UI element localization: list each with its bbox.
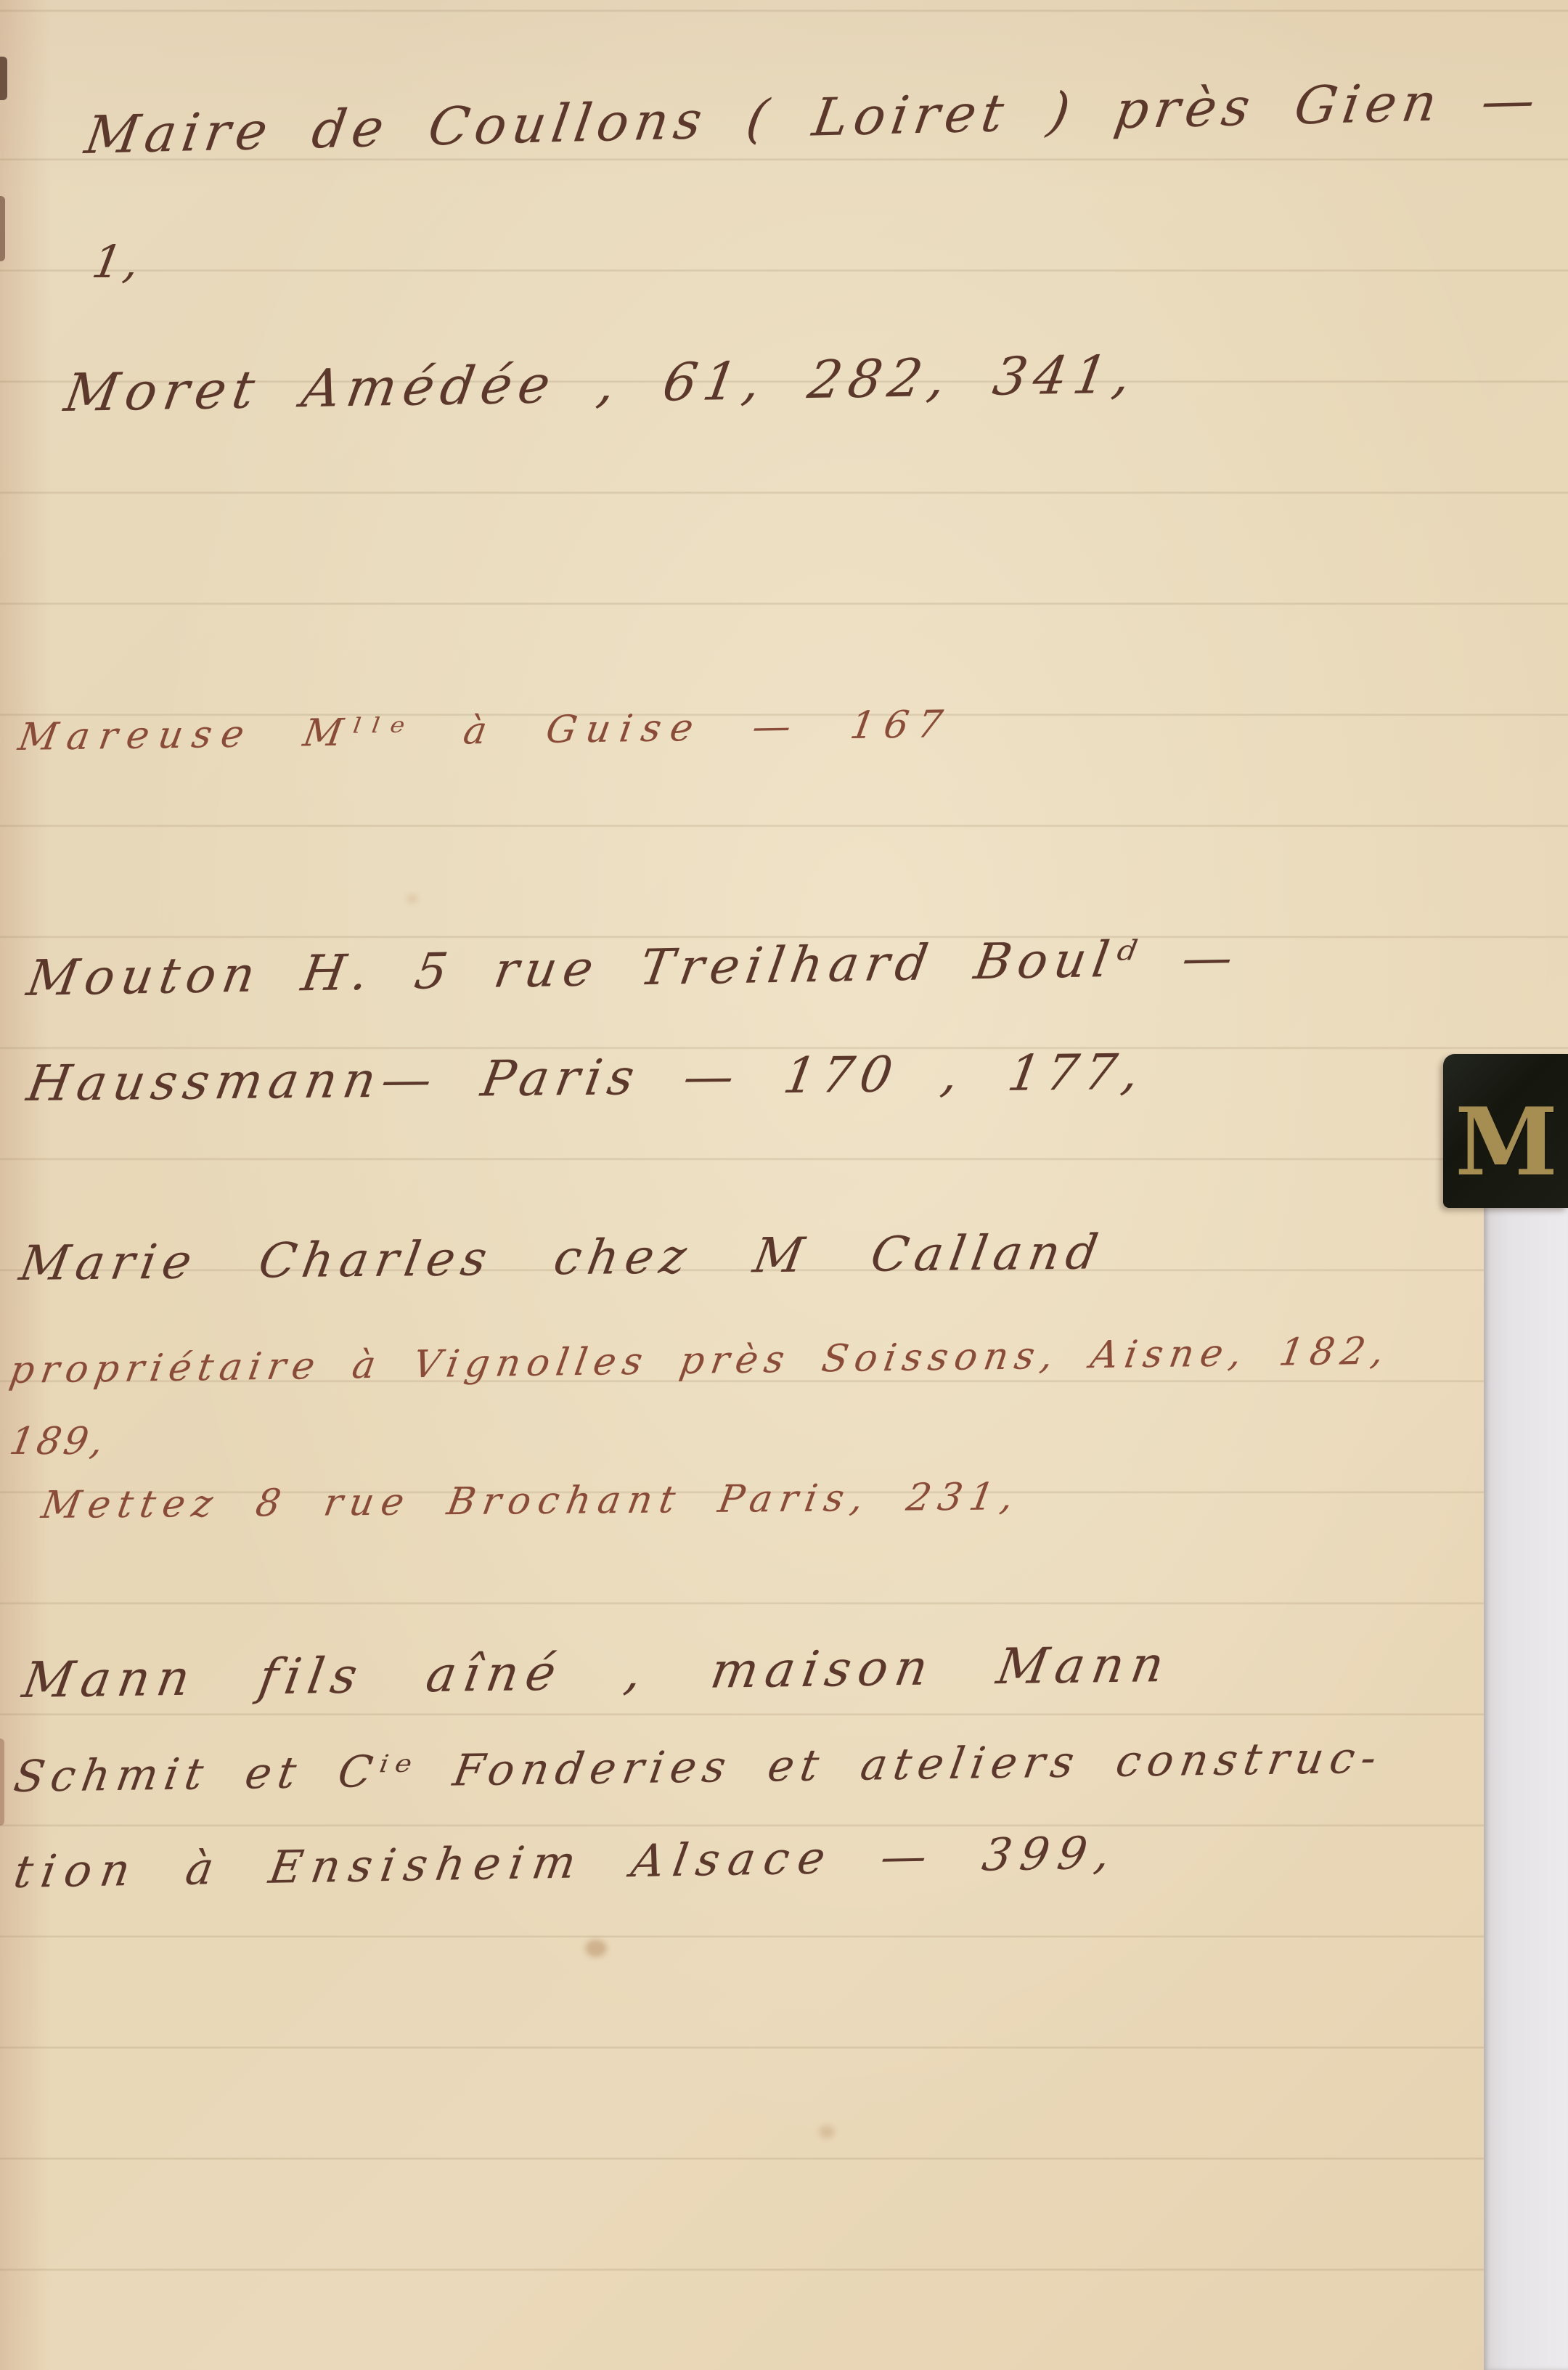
entry-line: Mouton H. 5 rue Treilhard Boulᵈ —: [24, 933, 1243, 1004]
entry-line: Mareuse Mˡˡᵉ à Guise — 167: [16, 706, 955, 756]
entry-line: 1,: [89, 240, 146, 285]
tab-letter: M: [1455, 1096, 1558, 1189]
entry-line: Marie Charles chez M Calland: [17, 1228, 1108, 1288]
entry-line: Mann fils aîné , maison Mann: [19, 1640, 1174, 1706]
next-page-edge: [1484, 1205, 1568, 2370]
page-edge-ink-mark: [0, 57, 7, 100]
entry-line: Mettez 8 rue Brochant Paris, 231,: [39, 1478, 1024, 1524]
foxing-spot: [407, 894, 418, 903]
entry-line: tion à Ensisheim Alsace — 399,: [11, 1831, 1122, 1895]
index-tab-m: M: [1443, 1054, 1568, 1208]
notebook-page: Maire de Coullons ( Loiret ) près Gien —…: [0, 0, 1568, 2370]
entry-line: Schmit et Cⁱᵉ Fonderies et ateliers cons…: [11, 1736, 1386, 1799]
entry-line: 189,: [7, 1423, 109, 1460]
page-edge-ink-mark: [0, 196, 5, 261]
entry-line: Haussmann— Paris — 170 , 177,: [23, 1048, 1148, 1109]
entry-line: Moret Amédée , 61, 282, 341,: [61, 348, 1140, 419]
foxing-spot: [819, 2125, 835, 2138]
page-edge-ink-mark: [0, 1738, 4, 1826]
entry-line: propriétaire à Vignolles près Soissons, …: [7, 1333, 1393, 1389]
entry-line: Maire de Coullons ( Loiret ) près Gien —: [82, 73, 1545, 161]
foxing-spot: [585, 1940, 607, 1957]
